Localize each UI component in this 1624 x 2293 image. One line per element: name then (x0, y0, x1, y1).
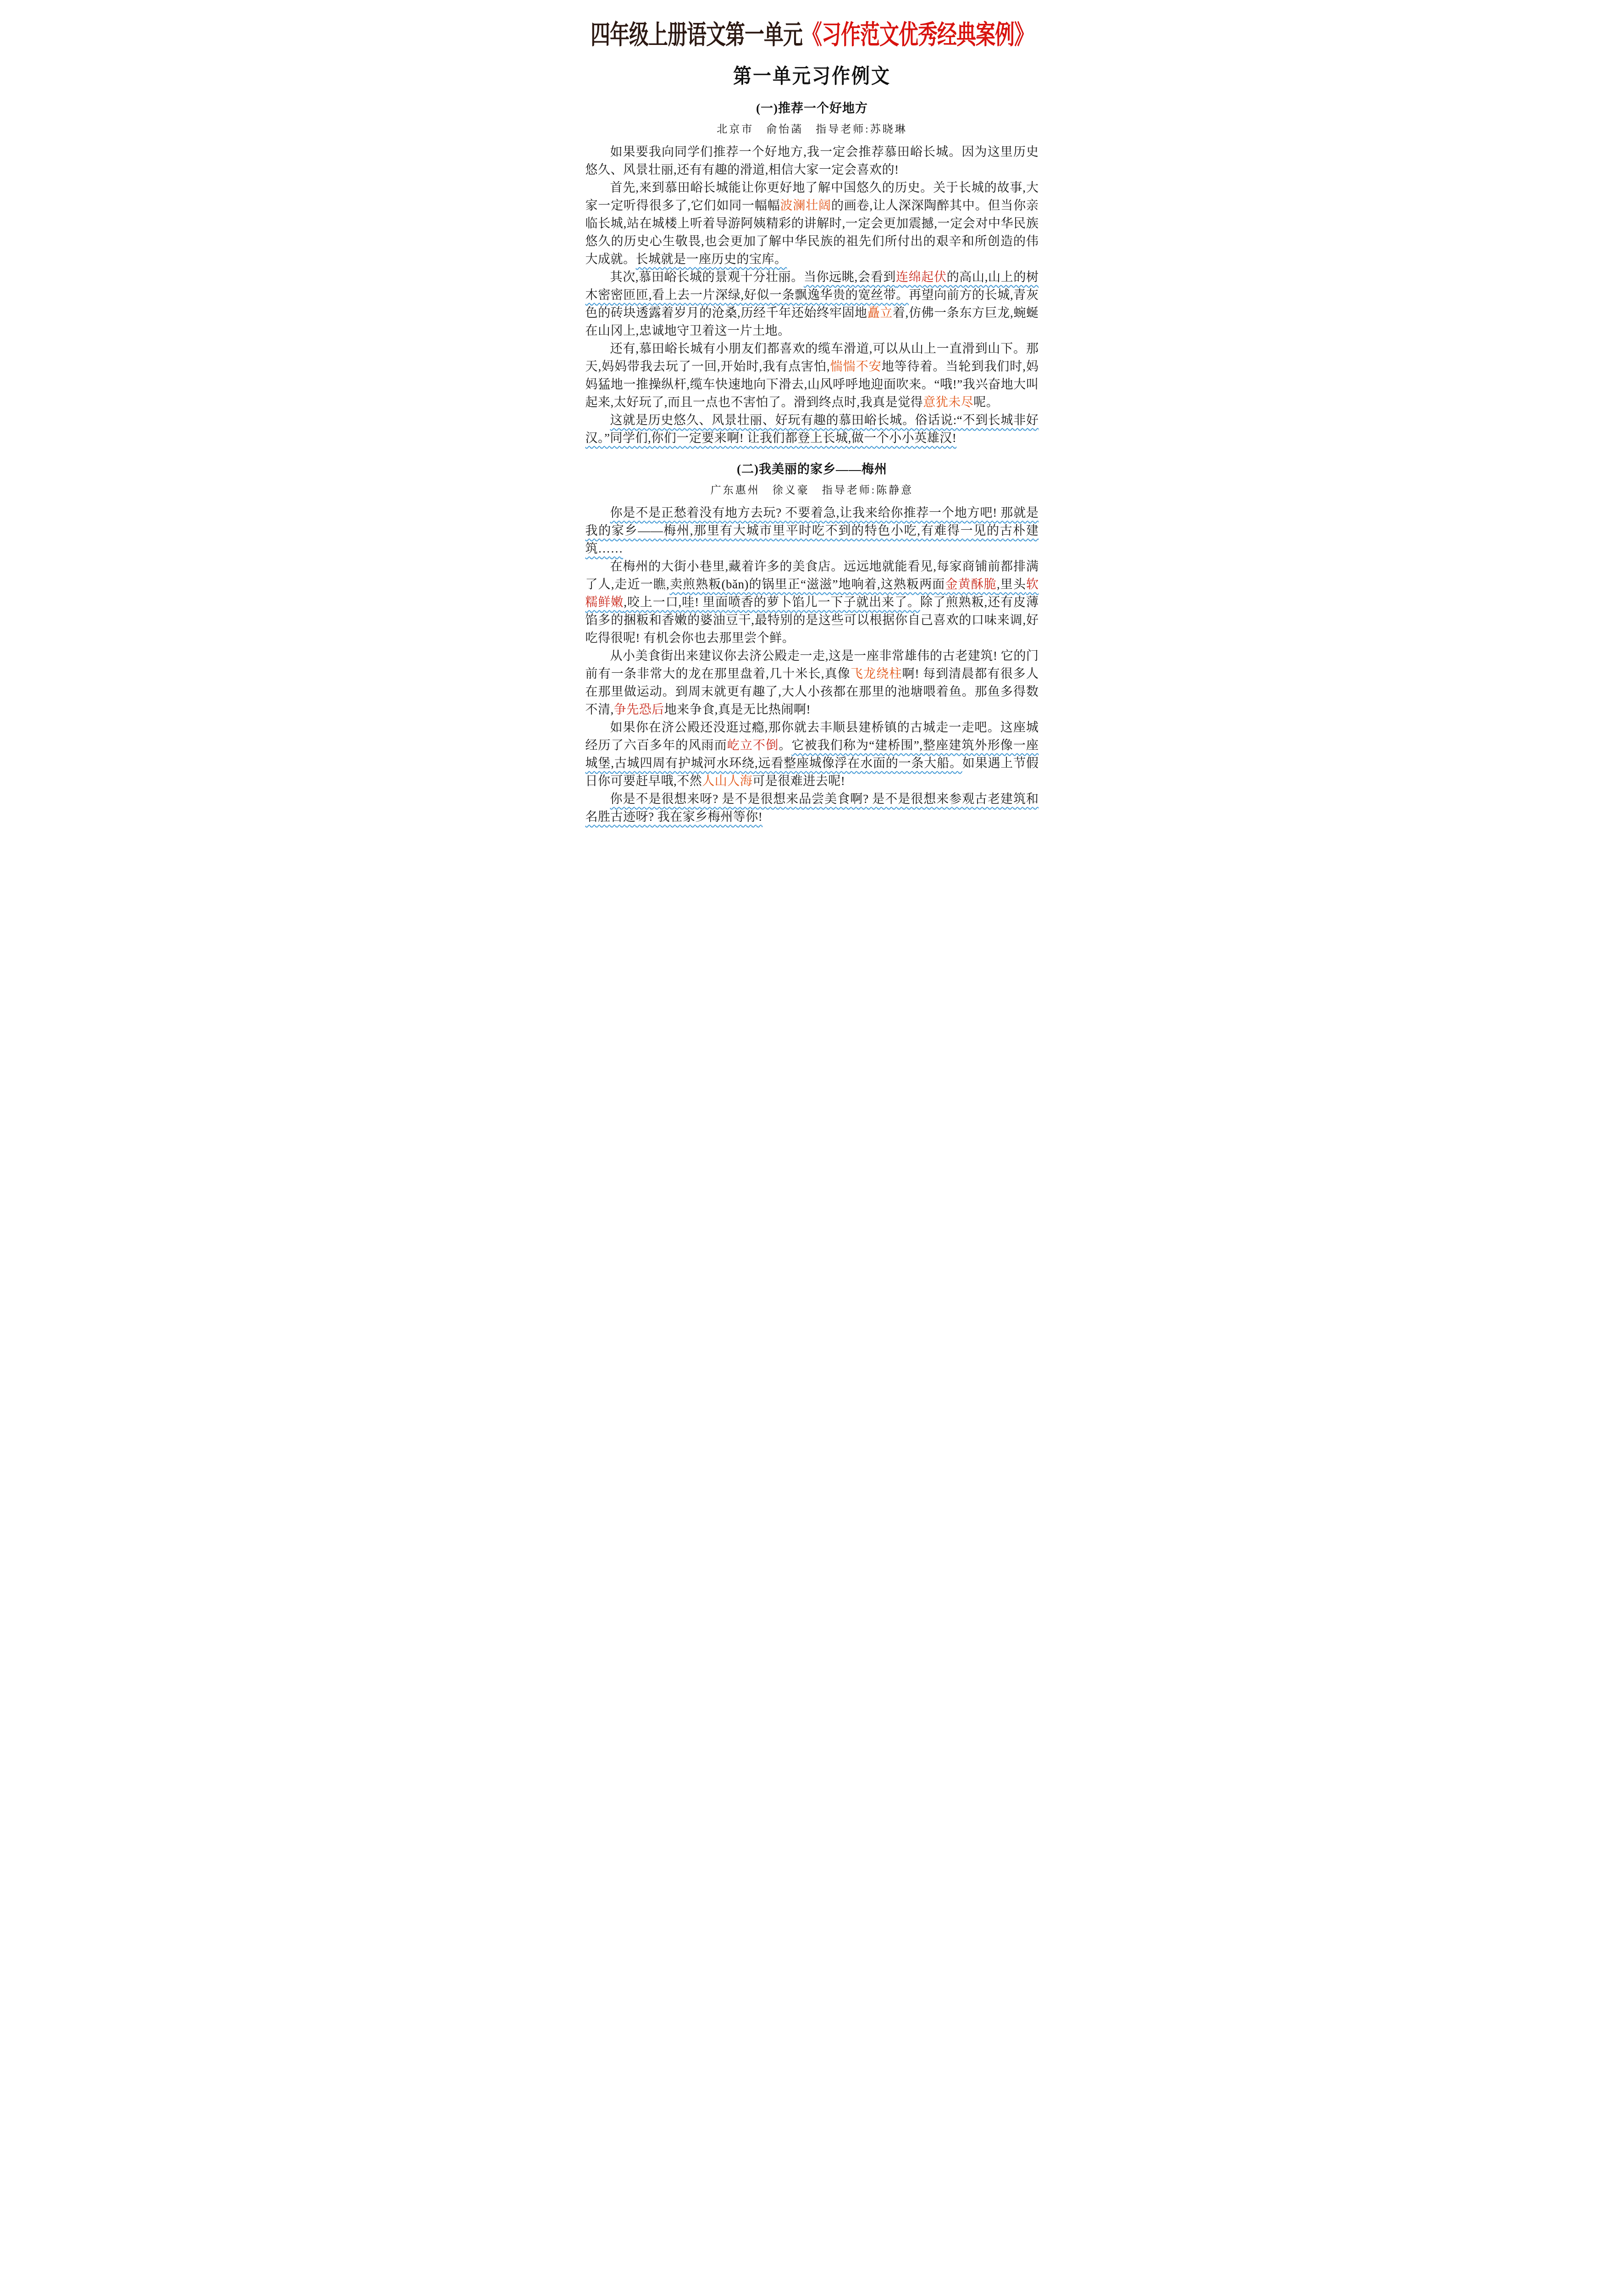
document-title-accent: 《习作范文优秀经典案例》 (802, 22, 1033, 50)
essay-heading: (二)我美丽的家乡——梅州 (586, 459, 1039, 477)
essay-paragraph: 从小美食街出来建议你去济公殿走一走,这是一座非常雄伟的古老建筑! 它的门前有一条… (586, 647, 1039, 719)
highlight-word: 金黄酥脆 (945, 577, 997, 591)
underlined-text: 长城就是一座历史的宝库。 (636, 252, 787, 266)
text-segment: 如果要我向同学们推荐一个好地方,我一定会推荐慕田峪长城。因为这里历史悠久、风景壮… (586, 145, 1039, 177)
document-page: 四年级上册语文第一单元《习作范文优秀经典案例》 第一单元习作例文 (一)推荐一个… (541, 0, 1083, 853)
underlined-text: 你是不是很想来呀? 是不是很想来品尝美食啊? 是不是很想来参观古老建筑和名胜古迹… (586, 792, 1039, 824)
essay-paragraph: 这就是历史悠久、风景壮丽、好玩有趣的慕田峪长城。俗话说:“不到长城非好汉。”同学… (586, 411, 1039, 447)
underlined-text: ,咬上一口,哇! 里面喷香的萝卜馅儿一下子就出来了。 (624, 595, 920, 609)
highlight-word: 飞龙绕柱 (851, 667, 902, 681)
highlight-word: 意犹未尽 (923, 395, 973, 409)
essay-section: (二)我美丽的家乡——梅州广东惠州 徐义豪 指导老师:陈静意你是不是正愁着没有地… (586, 459, 1039, 826)
highlight-word: 矗立 (867, 306, 893, 320)
highlight-word: 争先恐后 (614, 703, 664, 716)
text-segment: 其次,慕田峪长城的景观十分壮丽。 (610, 270, 804, 284)
essay-byline: 广东惠州 徐义豪 指导老师:陈静意 (586, 482, 1039, 497)
essay-section: (一)推荐一个好地方北京市 俞怡菡 指导老师:苏晓琳如果要我向同学们推荐一个好地… (586, 98, 1039, 447)
underlined-text: 卖煎熟粄(bǎn)的锅里正“滋滋”地响着,这熟粄两面 (669, 577, 945, 591)
underlined-text: 你是不是正愁着没有地方去玩? 不要着急,让我来给你推荐一个地方吧! 那就是我的家… (586, 506, 1039, 555)
highlight-word: 屹立不倒 (727, 738, 779, 752)
document-body: (一)推荐一个好地方北京市 俞怡菡 指导老师:苏晓琳如果要我向同学们推荐一个好地… (586, 98, 1039, 826)
essay-paragraph: 你是不是很想来呀? 是不是很想来品尝美食啊? 是不是很想来参观古老建筑和名胜古迹… (586, 790, 1039, 826)
highlight-word: 惴惴不安 (830, 360, 881, 373)
essay-paragraph: 如果你在济公殿还没逛过瘾,那你就去丰顺县建桥镇的古城走一走吧。这座城经历了六百多… (586, 719, 1039, 790)
underlined-text: ,里头 (997, 577, 1026, 591)
essay-paragraph: 其次,慕田峪长城的景观十分壮丽。当你远眺,会看到连绵起伏的高山,山上的树木密密匝… (586, 268, 1039, 340)
underlined-text: 这就是历史悠久、风景壮丽、好玩有趣的慕田峪长城。俗话说:“不到长城非好汉。”同学… (586, 413, 1039, 445)
text-segment: 地来争食,真是无比热闹啊! (664, 703, 811, 716)
highlight-word: 人山人海 (702, 774, 752, 788)
highlight-word: 连绵起伏 (896, 270, 947, 284)
essay-paragraph: 如果要我向同学们推荐一个好地方,我一定会推荐慕田峪长城。因为这里历史悠久、风景壮… (586, 143, 1039, 179)
essay-paragraph: 在梅州的大街小巷里,藏着许多的美食店。远远地就能看见,每家商铺前都排满了人,走近… (586, 558, 1039, 647)
text-segment: 。 (779, 738, 791, 752)
text-segment: 可是很难进去呢! (752, 774, 845, 788)
essay-paragraph: 还有,慕田峪长城有小朋友们都喜欢的缆车滑道,可以从山上一直滑到山下。那天,妈妈带… (586, 340, 1039, 411)
essay-byline: 北京市 俞怡菡 指导老师:苏晓琳 (586, 121, 1039, 136)
essay-paragraph: 首先,来到慕田峪长城能让你更好地了解中国悠久的历史。关于长城的故事,大家一定听得… (586, 179, 1039, 268)
underlined-text: 当你远眺,会看到 (804, 270, 896, 284)
text-segment: 呢。 (973, 395, 999, 409)
essay-paragraph: 你是不是正愁着没有地方去玩? 不要着急,让我来给你推荐一个地方吧! 那就是我的家… (586, 504, 1039, 558)
document-title: 四年级上册语文第一单元《习作范文优秀经典案例》 (586, 15, 1039, 52)
unit-subtitle: 第一单元习作例文 (586, 60, 1039, 89)
highlight-word: 波澜壮阔 (780, 199, 831, 212)
document-title-main: 四年级上册语文第一单元 (591, 22, 802, 50)
essay-heading: (一)推荐一个好地方 (586, 98, 1039, 116)
